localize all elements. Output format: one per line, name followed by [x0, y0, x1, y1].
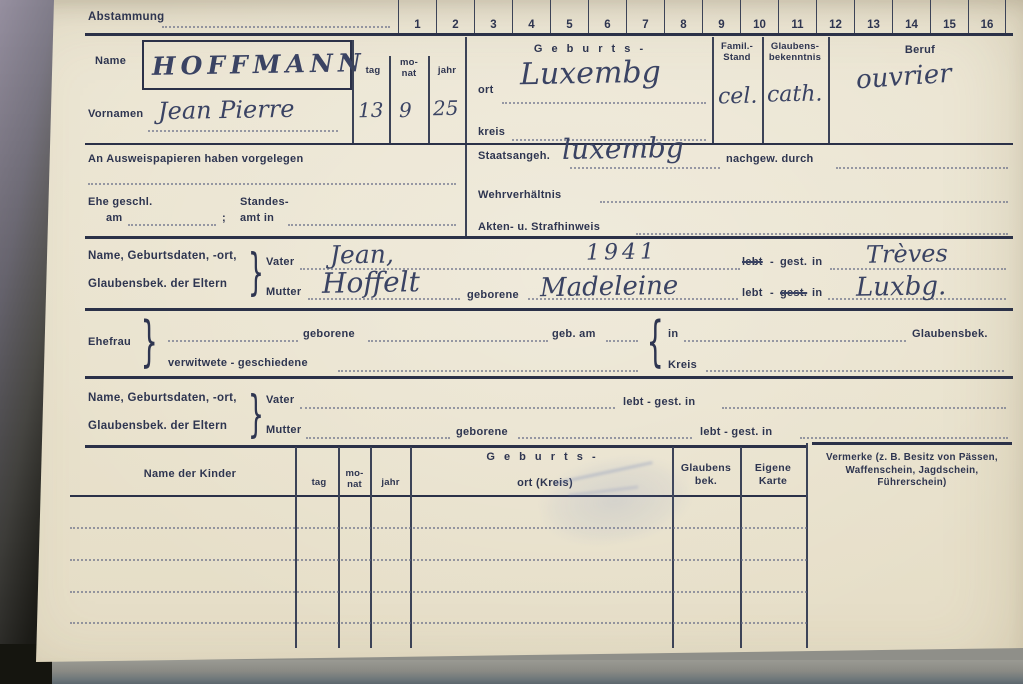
vornamen-fill-line	[148, 130, 338, 132]
index-number-cell: 15	[930, 0, 968, 33]
index-number-cell: 3	[474, 0, 512, 33]
wehrverhaeltnis-label: Wehrverhältnis	[478, 189, 561, 201]
brace: }	[248, 386, 264, 442]
ort-value: Luxembg	[520, 55, 661, 92]
table-divider	[295, 447, 297, 648]
staatsangeh-fill-line	[570, 167, 720, 169]
rule	[85, 308, 1013, 311]
table-divider	[740, 447, 742, 648]
abstammung-label: Abstammung	[88, 11, 164, 23]
children-name-col-header: Name der Kinder	[85, 468, 295, 480]
geb-am-label: geb. am	[552, 328, 596, 340]
familienstand-col-label: Famil.- Stand	[712, 42, 762, 63]
index-number-cell: 12	[816, 0, 854, 33]
akten-fill-line	[636, 233, 1008, 235]
ausweis-fill-line	[88, 183, 456, 185]
staatsangeh-value: luxembg	[562, 131, 684, 166]
dash: -	[770, 256, 774, 268]
index-number-cell: 10	[740, 0, 778, 33]
abstammung-fill-line	[162, 26, 390, 28]
rule	[85, 236, 1013, 239]
table-divider	[410, 447, 412, 648]
vater-lebt-label-struck: lebt	[742, 256, 763, 268]
index-number-cell: 9	[702, 0, 740, 33]
table-divider	[338, 447, 340, 648]
ehefrau-glaubensbek-label: Glaubensbek.	[912, 328, 988, 340]
rule	[85, 376, 1013, 379]
birth-year-value: 25	[433, 96, 459, 120]
brace: }	[141, 312, 158, 372]
ehefrau-in-fill-line	[684, 340, 906, 342]
vater-in-label: in	[812, 256, 822, 268]
vater2-label: Vater	[266, 394, 294, 406]
ehefrau-label: Ehefrau	[88, 336, 131, 348]
parents1-caption-2: Glaubensbek. der Eltern	[88, 278, 227, 290]
table-divider	[370, 447, 372, 648]
rule	[85, 143, 1013, 145]
rule-top	[85, 33, 1013, 36]
verwitwete-fill-line	[338, 370, 638, 372]
child-row-line	[70, 591, 807, 593]
name-value: HOFFMANN	[152, 48, 366, 81]
brace: }	[248, 244, 264, 300]
glaubensbekenntnis-value: cath.	[767, 82, 823, 108]
geb-am-fill-line	[606, 340, 638, 342]
mutter-geborene-value: Madeleine	[540, 271, 679, 303]
vater2-lebt-gest-label: lebt - gest. in	[623, 396, 695, 408]
birth-day-value: 13	[358, 98, 384, 122]
vornamen-value: Jean Pierre	[158, 95, 295, 125]
index-number-cell: 7	[626, 0, 664, 33]
mutter2-lebt-gest-label: lebt - gest. in	[700, 426, 772, 438]
mutter2-fill-line	[306, 437, 450, 439]
mutter-label: Mutter	[266, 286, 301, 298]
ehefrau-name-fill-line	[168, 340, 298, 342]
index-number-cell: 14	[892, 0, 930, 33]
nachgew-label: nachgew. durch	[726, 153, 814, 165]
am-label: am	[106, 212, 123, 224]
mutter-gest-label-struck: gest.	[780, 287, 807, 299]
verwitwete-label: verwitwete - geschiedene	[168, 357, 308, 369]
ort-fill-line	[502, 102, 706, 104]
index-number-cell: 4	[512, 0, 550, 33]
staatsangeh-label: Staatsangeh.	[478, 150, 550, 162]
mutter-in-label: in	[812, 287, 822, 299]
vater-gest-label: gest.	[780, 256, 807, 268]
children-tag-col-header: tag	[300, 478, 338, 489]
name-label: Name	[95, 55, 126, 67]
vermerke-col-header: Vermerke (z. B. Besitz von Pässen, Waffe…	[812, 452, 1012, 490]
kreis-label: kreis	[478, 126, 505, 138]
mutter-place-value: Luxbg.	[856, 271, 947, 303]
semicolon: ;	[222, 212, 226, 224]
tag-col-label: tag	[357, 66, 389, 77]
vater-label: Vater	[266, 256, 294, 268]
ausweis-label: An Ausweispapieren haben vorgelegen	[88, 153, 303, 165]
child-row-line	[70, 622, 807, 624]
child-row-line	[70, 527, 807, 529]
geborene2-fill-line	[518, 437, 692, 439]
ehefrau-kreis-label: Kreis	[668, 359, 697, 371]
standesamt-label-1: Standes-	[240, 196, 289, 208]
scan-background-bottom	[0, 660, 1023, 684]
ort-label: ort	[478, 84, 494, 96]
table-top-rule	[85, 445, 807, 448]
vater-place-value: Trèves	[866, 239, 948, 268]
index-number-cell: 6	[588, 0, 626, 33]
dash: -	[770, 287, 774, 299]
index-number-cell: 13	[854, 0, 892, 33]
table-header-rule	[70, 495, 807, 497]
child-row-line	[70, 559, 807, 561]
index-number-cell: 5	[550, 0, 588, 33]
akten-label: Akten- u. Strafhinweis	[478, 221, 600, 233]
children-jahr-col-header: jahr	[371, 478, 410, 489]
geburts-header: G e b u r t s -	[480, 43, 700, 55]
ehe-geschl-label: Ehe geschl.	[88, 196, 152, 208]
familienstand-value: cel.	[718, 84, 758, 110]
index-number-row: 12345678910111213141516	[398, 0, 1006, 33]
divider	[352, 40, 354, 144]
mutter2-label: Mutter	[266, 424, 301, 436]
vater-year-value: 1941	[586, 239, 658, 265]
parents1-caption-1: Name, Geburtsdaten, -ort,	[88, 250, 237, 262]
vater2-place-fill-line	[722, 407, 1006, 409]
scanned-registration-card-photo: Abstammung 12345678910111213141516 Name …	[0, 0, 1023, 684]
ehefrau-in-label: in	[668, 328, 678, 340]
vornamen-label: Vornamen	[88, 108, 143, 120]
table-divider	[806, 443, 808, 648]
geborene-label: geborene	[467, 289, 519, 301]
children-eigene-karte-col-header: Eigene Karte	[741, 462, 805, 488]
divider	[465, 37, 467, 237]
parents2-caption-2: Glaubensbek. der Eltern	[88, 420, 227, 432]
beruf-label: Beruf	[830, 44, 1010, 56]
brace: {	[647, 312, 664, 372]
index-number-cell: 1	[398, 0, 436, 33]
glaubensbekenntnis-col-label: Glaubens- bekenntnis	[763, 42, 827, 63]
jahr-col-label: jahr	[430, 66, 464, 77]
standesamt-label-2: amt in	[240, 212, 274, 224]
nachgew-fill-line	[836, 167, 1008, 169]
index-number-cell: 2	[436, 0, 474, 33]
standesamt-fill-line	[288, 224, 456, 226]
vater2-fill-line	[300, 407, 615, 409]
birth-month-value: 9	[399, 98, 412, 122]
parents2-caption-1: Name, Geburtsdaten, -ort,	[88, 392, 237, 404]
vermerke-top-rule	[812, 442, 1012, 445]
children-monat-col-header: mo- nat	[339, 469, 370, 490]
kreis-fill-line	[706, 370, 1004, 372]
mutter-lebt-label: lebt	[742, 287, 763, 299]
wehrverhaeltnis-fill-line	[600, 201, 1008, 203]
ehefrau-geborene-fill-line	[368, 340, 548, 342]
index-number-cell: 16	[968, 0, 1006, 33]
monat-col-label: mo- nat	[391, 58, 427, 79]
mutter2-place-fill-line	[800, 437, 1008, 439]
index-number-cell: 8	[664, 0, 702, 33]
mutter-value: Hoffelt	[322, 265, 420, 300]
am-fill-line	[128, 224, 216, 226]
vater-place-fill-line	[830, 268, 1006, 270]
geborene2-label: geborene	[456, 426, 508, 438]
index-number-cell: 11	[778, 0, 816, 33]
ehefrau-geborene-label: geborene	[303, 328, 355, 340]
